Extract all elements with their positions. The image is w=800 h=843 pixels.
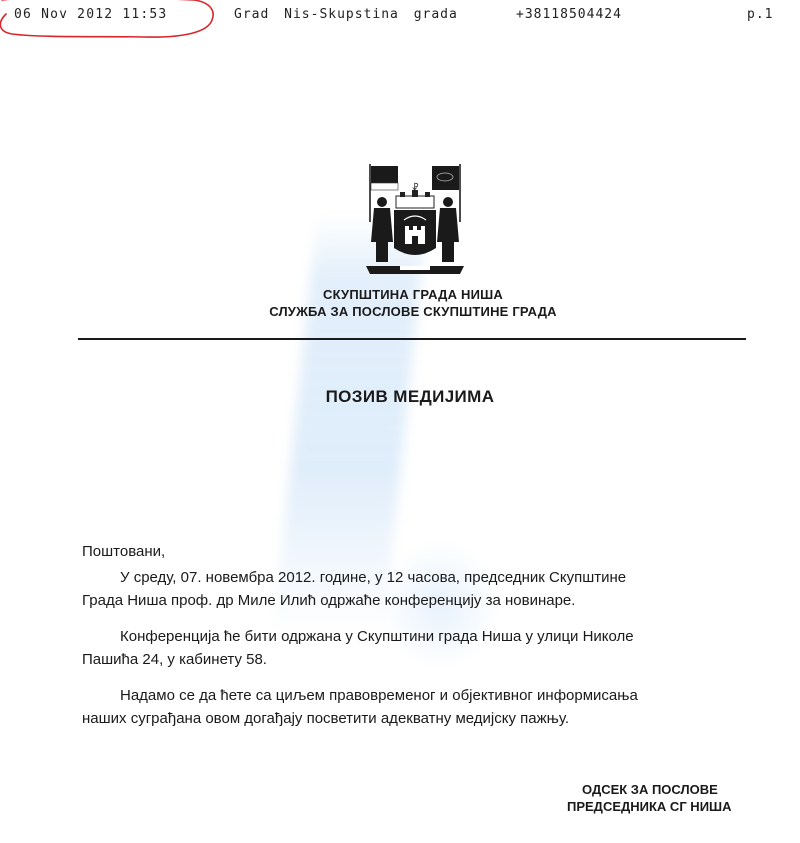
org-name: СКУПШТИНА ГРАДА НИША: [13, 287, 800, 302]
paragraph-line: У среду, 07. новембра 2012. године, у 12…: [82, 566, 762, 589]
fax-header: 06 Nov 2012 11:53 Grad Nis-Skupstina gra…: [0, 7, 800, 27]
department-name: СЛУЖБА ЗА ПОСЛОВЕ СКУПШТИНЕ ГРАДА: [13, 304, 800, 319]
paragraph-line: Пашића 24, у кабинету 58.: [82, 648, 762, 671]
fax-phone: +38118504424: [516, 7, 622, 22]
fax-page-number: p.1: [747, 7, 773, 22]
document-title: ПОЗИВ МЕДИЈИМА: [0, 387, 800, 407]
paragraph-line: Конференција ће бити одржана у Скупштини…: [82, 625, 762, 648]
paragraph-closing: Надамо се да ћете са циљем правовременог…: [82, 684, 762, 730]
signature-line: ПРЕДСЕДНИКА СГ НИША: [567, 798, 732, 815]
signature-line: ОДСЕК ЗА ПОСЛОВЕ: [567, 781, 732, 798]
fax-sender: Grad Nis-Skupstina grada: [234, 7, 458, 22]
salutation: Поштовани,: [82, 541, 742, 563]
fax-datetime: 06 Nov 2012 11:53: [14, 7, 167, 22]
paragraph-location: Конференција ће бити одржана у Скупштини…: [82, 625, 762, 671]
letterhead-divider: [78, 338, 746, 340]
coat-of-arms-icon: ☧: [360, 162, 470, 278]
paragraph-announcement: У среду, 07. новембра 2012. године, у 12…: [82, 566, 762, 612]
paragraph-line: Града Ниша проф. др Миле Илић одржаће ко…: [82, 589, 762, 612]
paragraph-line: наших суграђана овом догађају посветити …: [82, 707, 762, 730]
signature-block: ОДСЕК ЗА ПОСЛОВЕ ПРЕДСЕДНИКА СГ НИША: [567, 781, 732, 815]
paragraph-line: Надамо се да ћете са циљем правовременог…: [82, 684, 762, 707]
